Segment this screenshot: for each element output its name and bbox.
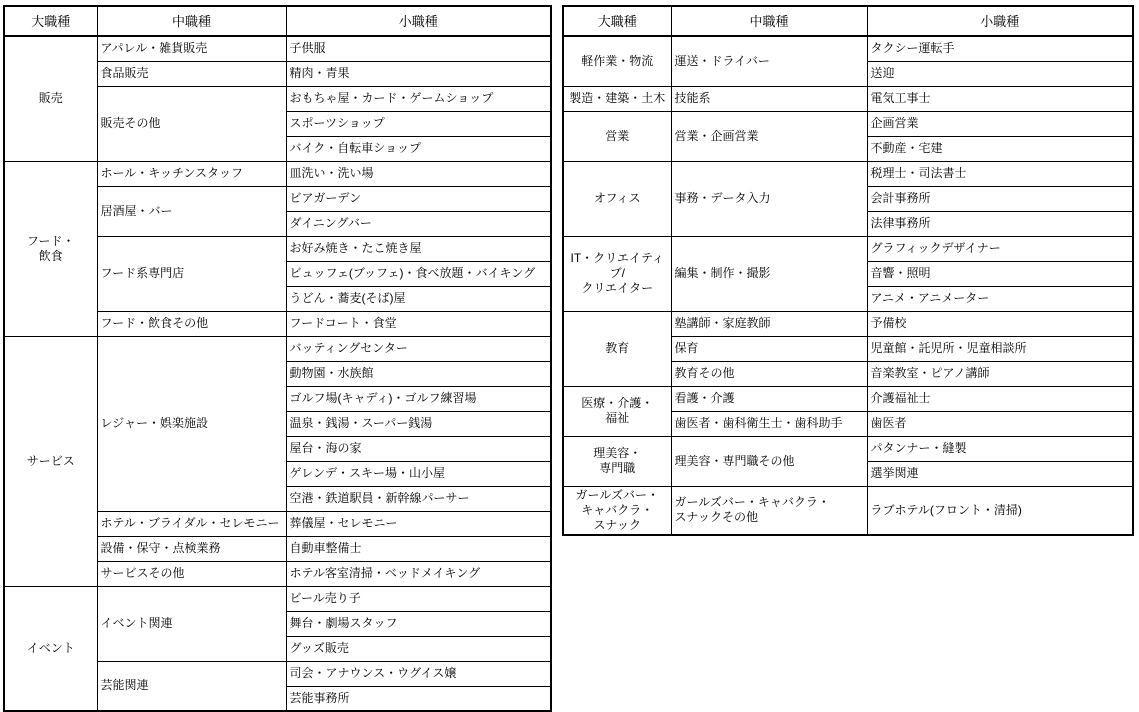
major-category-cell: イベント <box>4 586 97 711</box>
minor-category-cell: バイク・自転車ショップ <box>286 136 551 161</box>
major-category-cell: フード・ 飲食 <box>4 161 97 336</box>
major-category-cell: 軽作業・物流 <box>563 36 671 86</box>
minor-category-cell: 会計事務所 <box>867 186 1133 211</box>
table-row: フード・ 飲食ホール・キッチンスタッフ皿洗い・洗い場 <box>4 161 551 186</box>
minor-category-cell: 音楽教室・ピアノ講師 <box>867 361 1133 386</box>
column-header-minor: 小職種 <box>867 6 1133 36</box>
major-category-cell: 理美容・ 専門職 <box>563 436 671 486</box>
middle-category-cell: 編集・制作・撮影 <box>671 236 867 311</box>
minor-category-cell: 送迎 <box>867 61 1133 86</box>
minor-category-cell: 介護福祉士 <box>867 386 1133 411</box>
minor-category-cell: ゲレンデ・スキー場・山小屋 <box>286 461 551 486</box>
middle-category-cell: アパレル・雑貨販売 <box>97 36 286 61</box>
middle-category-cell: 技能系 <box>671 86 867 111</box>
middle-category-cell: ガールズバー・キャバクラ・ スナックその他 <box>671 486 867 535</box>
minor-category-cell: 税理士・司法書士 <box>867 161 1133 186</box>
minor-category-cell: 温泉・銭湯・スーパー銭湯 <box>286 411 551 436</box>
minor-category-cell: 不動産・宅建 <box>867 136 1133 161</box>
major-category-cell: 販売 <box>4 36 97 161</box>
minor-category-cell: おもちゃ屋・カード・ゲームショップ <box>286 86 551 111</box>
middle-category-cell: ホール・キッチンスタッフ <box>97 161 286 186</box>
header-row: 大職種中職種小職種 <box>563 6 1133 36</box>
minor-category-cell: ビアガーデン <box>286 186 551 211</box>
middle-category-cell: 食品販売 <box>97 61 286 86</box>
table-row: 理美容・ 専門職理美容・専門職その他パタンナー・縫製 <box>563 436 1133 461</box>
column-header-middle: 中職種 <box>97 6 286 36</box>
table-row: IT・クリエイティブ/ クリエイター編集・制作・撮影グラフィックデザイナー <box>563 236 1133 261</box>
middle-category-cell: 塾講師・家庭教師 <box>671 311 867 336</box>
middle-category-cell: 事務・データ入力 <box>671 161 867 236</box>
middle-category-cell: フード系専門店 <box>97 236 286 311</box>
minor-category-cell: ダイニングバー <box>286 211 551 236</box>
minor-category-cell: 司会・アナウンス・ウグイス嬢 <box>286 661 551 686</box>
middle-category-cell: 教育その他 <box>671 361 867 386</box>
minor-category-cell: 舞台・劇場スタッフ <box>286 611 551 636</box>
middle-category-cell: フード・飲食その他 <box>97 311 286 336</box>
minor-category-cell: うどん・蕎麦(そば)屋 <box>286 286 551 311</box>
minor-category-cell: グラフィックデザイナー <box>867 236 1133 261</box>
minor-category-cell: アニメ・アニメーター <box>867 286 1133 311</box>
major-category-cell: サービス <box>4 336 97 586</box>
major-category-cell: IT・クリエイティブ/ クリエイター <box>563 236 671 311</box>
table-row: 製造・建築・土木技能系電気工事士 <box>563 86 1133 111</box>
job-category-table-left: 大職種中職種小職種 販売アパレル・雑貨販売子供服食品販売精肉・青果販売その他おも… <box>3 5 552 712</box>
minor-category-cell: 電気工事士 <box>867 86 1133 111</box>
minor-category-cell: 芸能事務所 <box>286 686 551 711</box>
table-row: 教育塾講師・家庭教師予備校 <box>563 311 1133 336</box>
job-category-table-right: 大職種中職種小職種 軽作業・物流運送・ドライバータクシー運転手送迎製造・建築・土… <box>562 5 1134 536</box>
middle-category-cell: レジャー・娯楽施設 <box>97 336 286 511</box>
middle-category-cell: 芸能関連 <box>97 661 286 711</box>
middle-category-cell: 販売その他 <box>97 86 286 161</box>
minor-category-cell: 精肉・青果 <box>286 61 551 86</box>
middle-category-cell: サービスその他 <box>97 561 286 586</box>
table-row: オフィス事務・データ入力税理士・司法書士 <box>563 161 1133 186</box>
major-category-cell: オフィス <box>563 161 671 236</box>
major-category-cell: 製造・建築・土木 <box>563 86 671 111</box>
middle-category-cell: 居酒屋・バー <box>97 186 286 236</box>
column-header-major: 大職種 <box>4 6 97 36</box>
table-row: 販売アパレル・雑貨販売子供服 <box>4 36 551 61</box>
middle-category-cell: 理美容・専門職その他 <box>671 436 867 486</box>
major-category-cell: 教育 <box>563 311 671 386</box>
minor-category-cell: 皿洗い・洗い場 <box>286 161 551 186</box>
minor-category-cell: 法律事務所 <box>867 211 1133 236</box>
minor-category-cell: 空港・鉄道駅員・新幹線パーサー <box>286 486 551 511</box>
minor-category-cell: フードコート・食堂 <box>286 311 551 336</box>
minor-category-cell: 葬儀屋・セレモニー <box>286 511 551 536</box>
minor-category-cell: 児童館・託児所・児童相談所 <box>867 336 1133 361</box>
major-category-cell: 医療・介護・ 福祉 <box>563 386 671 436</box>
header-row: 大職種中職種小職種 <box>4 6 551 36</box>
minor-category-cell: お好み焼き・たこ焼き屋 <box>286 236 551 261</box>
table-row: ガールズバー・ キャバクラ・ スナックガールズバー・キャバクラ・ スナックその他… <box>563 486 1133 535</box>
table-row: イベントイベント関連ビール売り子 <box>4 586 551 611</box>
minor-category-cell: 音響・照明 <box>867 261 1133 286</box>
minor-category-cell: グッズ販売 <box>286 636 551 661</box>
middle-category-cell: 歯医者・歯科衛生士・歯科助手 <box>671 411 867 436</box>
minor-category-cell: 企画営業 <box>867 111 1133 136</box>
middle-category-cell: 運送・ドライバー <box>671 36 867 86</box>
minor-category-cell: ラブホテル(フロント・清掃) <box>867 486 1133 535</box>
minor-category-cell: 予備校 <box>867 311 1133 336</box>
minor-category-cell: ホテル客室清掃・ベッドメイキング <box>286 561 551 586</box>
minor-category-cell: バッティングセンター <box>286 336 551 361</box>
table-row: 医療・介護・ 福祉看護・介護介護福祉士 <box>563 386 1133 411</box>
minor-category-cell: パタンナー・縫製 <box>867 436 1133 461</box>
minor-category-cell: 自動車整備士 <box>286 536 551 561</box>
minor-category-cell: タクシー運転手 <box>867 36 1133 61</box>
column-header-major: 大職種 <box>563 6 671 36</box>
minor-category-cell: 歯医者 <box>867 411 1133 436</box>
minor-category-cell: 屋台・海の家 <box>286 436 551 461</box>
table-row: 軽作業・物流運送・ドライバータクシー運転手 <box>563 36 1133 61</box>
middle-category-cell: 看護・介護 <box>671 386 867 411</box>
middle-category-cell: 設備・保守・点検業務 <box>97 536 286 561</box>
column-header-minor: 小職種 <box>286 6 551 36</box>
column-header-middle: 中職種 <box>671 6 867 36</box>
middle-category-cell: 保育 <box>671 336 867 361</box>
major-category-cell: ガールズバー・ キャバクラ・ スナック <box>563 486 671 535</box>
minor-category-cell: 動物園・水族館 <box>286 361 551 386</box>
minor-category-cell: 選挙関連 <box>867 461 1133 486</box>
middle-category-cell: イベント関連 <box>97 586 286 661</box>
page: 大職種中職種小職種 販売アパレル・雑貨販売子供服食品販売精肉・青果販売その他おも… <box>0 0 1139 712</box>
minor-category-cell: スポーツショップ <box>286 111 551 136</box>
minor-category-cell: ゴルフ場(キャディ)・ゴルフ練習場 <box>286 386 551 411</box>
minor-category-cell: ビール売り子 <box>286 586 551 611</box>
minor-category-cell: 子供服 <box>286 36 551 61</box>
minor-category-cell: ビュッフェ(ブッフェ)・食べ放題・バイキング <box>286 261 551 286</box>
major-category-cell: 営業 <box>563 111 671 161</box>
table-row: サービスレジャー・娯楽施設バッティングセンター <box>4 336 551 361</box>
middle-category-cell: 営業・企画営業 <box>671 111 867 161</box>
middle-category-cell: ホテル・ブライダル・セレモニー <box>97 511 286 536</box>
table-row: 営業営業・企画営業企画営業 <box>563 111 1133 136</box>
